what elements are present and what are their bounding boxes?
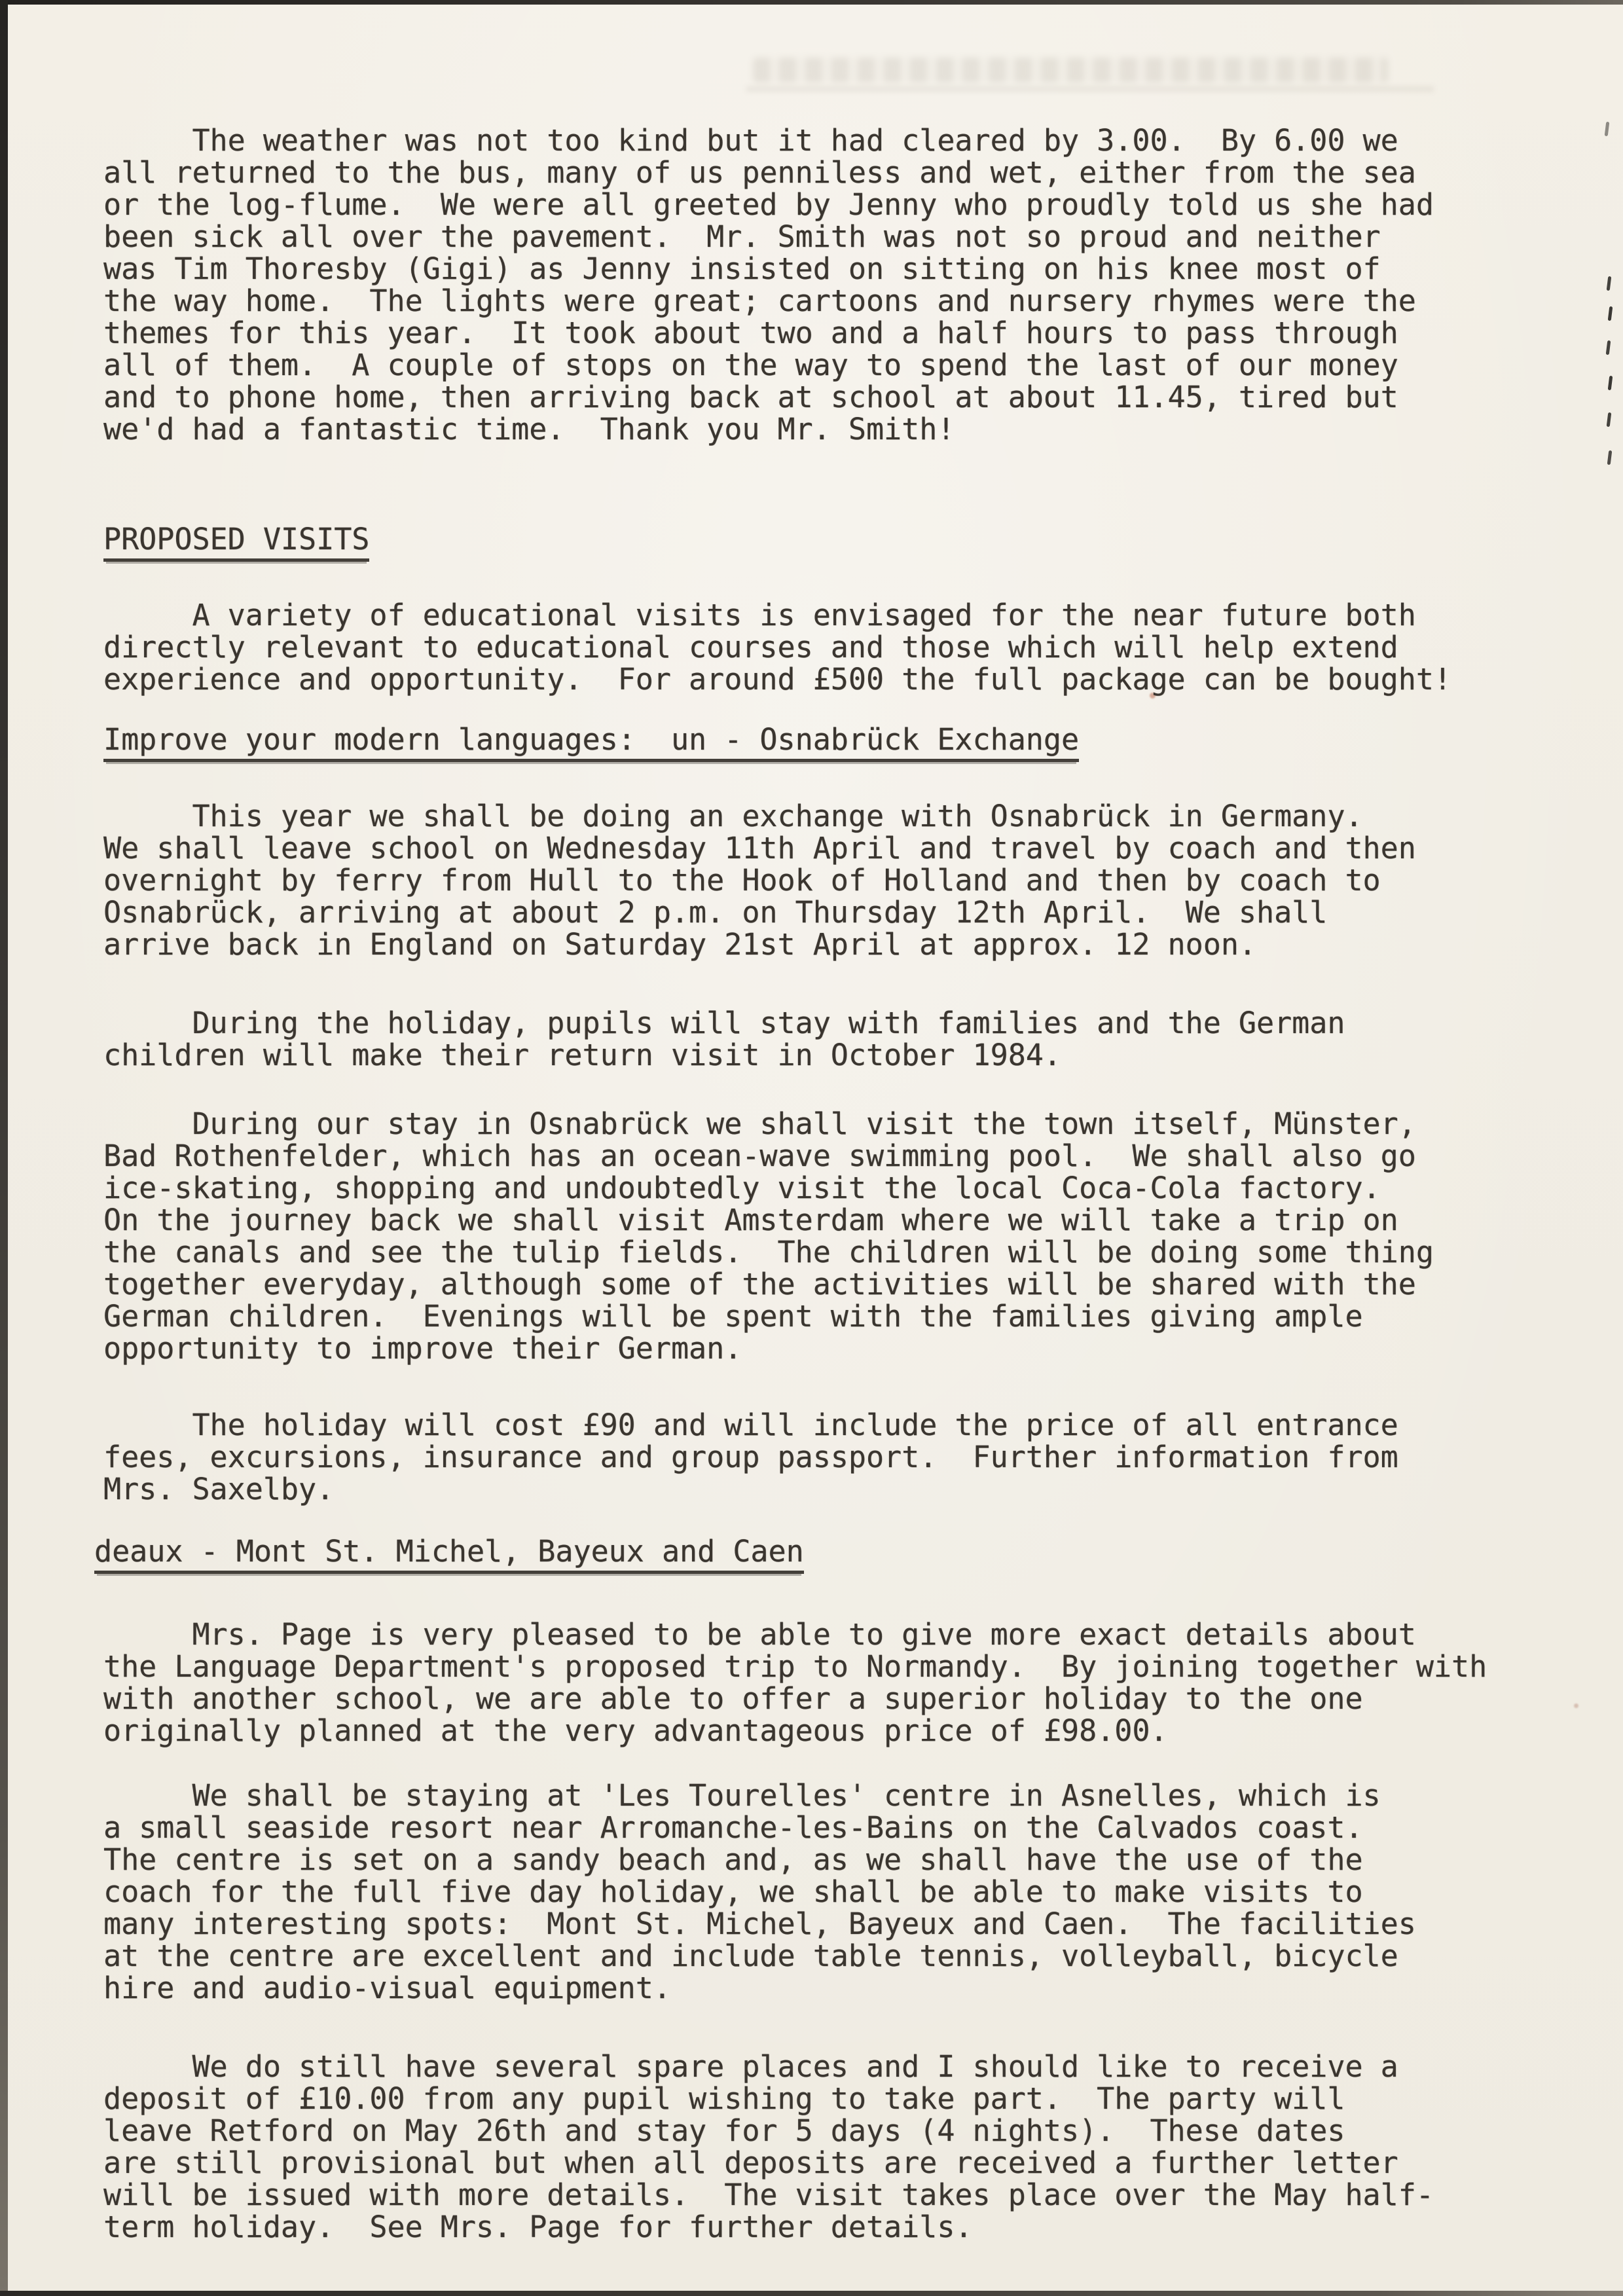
scan-edge-left <box>0 0 8 2296</box>
heading-osnabruck-exchange: Improve your modern languages: un - Osna… <box>103 723 1563 762</box>
ghost-underline-smudge <box>746 86 1434 92</box>
heading-normandy-trip: deaux - Mont St. Michel, Bayeux and Caen <box>94 1535 1563 1574</box>
heading-proposed-visits: PROPOSED VISITS <box>103 523 1563 562</box>
pen-tick <box>1607 450 1613 465</box>
paragraph-normandy-centre: We shall be staying at 'Les Tourelles' c… <box>103 1779 1563 2004</box>
scan-edge-bottom <box>0 2291 1623 2296</box>
paragraph-exchange-activities: During our stay in Osnabrück we shall vi… <box>103 1108 1563 1364</box>
paragraph-trip-report: The weather was not too kind but it had … <box>103 124 1563 445</box>
typed-content: The weather was not too kind but it had … <box>103 124 1563 2243</box>
scanned-newsletter-page: The weather was not too kind but it had … <box>0 0 1623 2296</box>
heading-proposed-visits-text: PROPOSED VISITS <box>103 523 369 562</box>
heading-osnabruck-exchange-text: Improve your modern languages: un - Osna… <box>103 723 1079 762</box>
pen-tick <box>1608 306 1613 321</box>
paragraph-visits-overview: A variety of educational visits is envis… <box>103 599 1563 695</box>
pen-tick <box>1607 276 1612 291</box>
paper-speck <box>1574 1704 1578 1708</box>
heading-normandy-trip-text: deaux - Mont St. Michel, Bayeux and Caen <box>94 1535 804 1574</box>
pen-tick <box>1606 340 1611 355</box>
pen-tick <box>1607 412 1612 427</box>
pen-tick <box>1605 122 1610 136</box>
pen-tick <box>1608 376 1613 390</box>
ghost-text-smudge <box>753 58 1388 82</box>
scan-edge-top <box>0 0 1623 5</box>
paragraph-exchange-travel: This year we shall be doing an exchange … <box>103 800 1563 960</box>
paragraph-normandy-booking: We do still have several spare places an… <box>103 2050 1563 2243</box>
paragraph-exchange-cost: The holiday will cost £90 and will inclu… <box>103 1409 1563 1505</box>
paragraph-exchange-families: During the holiday, pupils will stay wit… <box>103 1007 1563 1071</box>
paragraph-normandy-intro: Mrs. Page is very pleased to be able to … <box>103 1618 1563 1747</box>
